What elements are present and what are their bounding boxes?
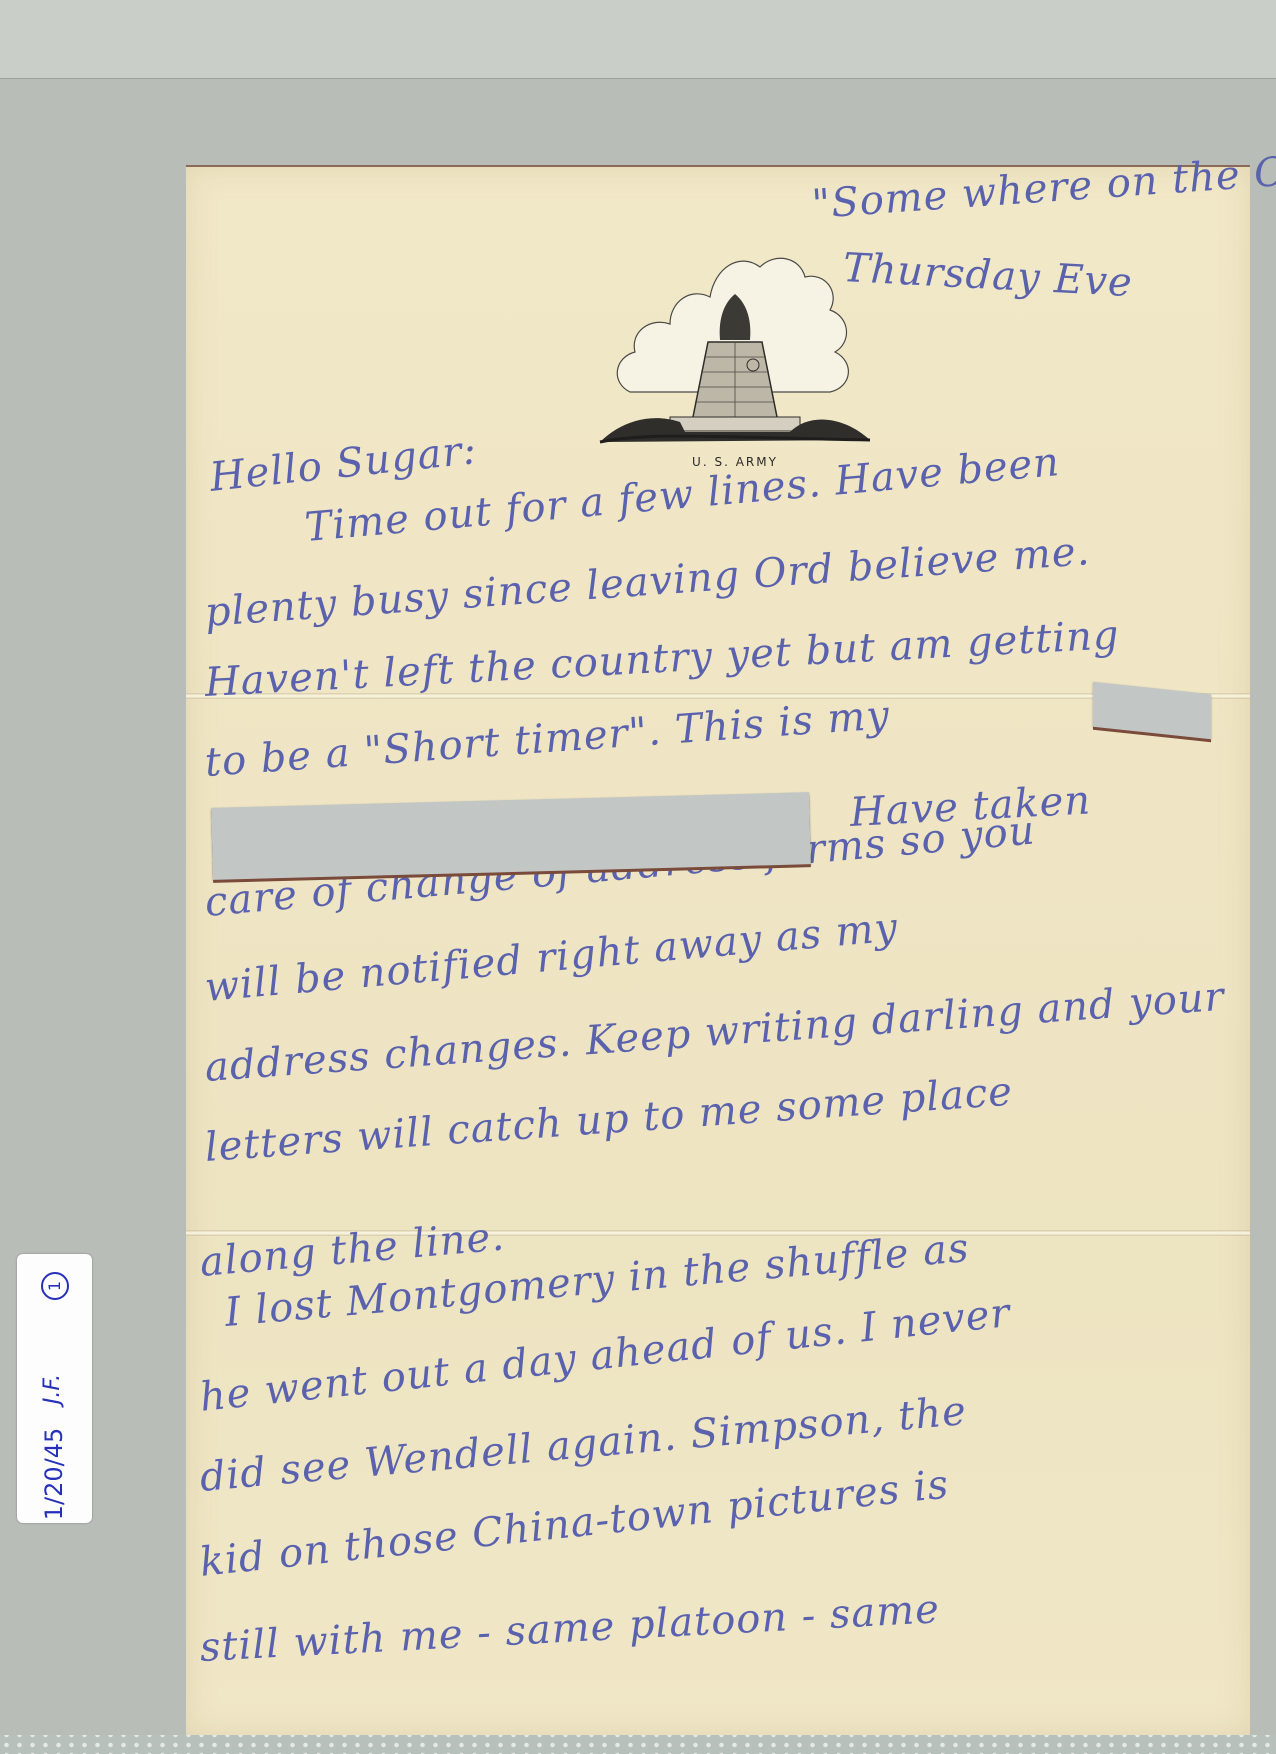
letterhead-emblem: U. S. ARMY bbox=[590, 232, 880, 472]
scanner-top-band bbox=[0, 0, 1276, 79]
sleeve-perforation-strip bbox=[0, 1735, 1276, 1754]
eagle-monument-icon bbox=[590, 232, 880, 447]
archive-initials: J.F. bbox=[40, 1359, 70, 1419]
page-number-circle: 1 bbox=[41, 1264, 69, 1308]
archive-date: 1/20/45 bbox=[40, 1424, 70, 1524]
archive-label: 1 J.F. 1/20/45 bbox=[17, 1254, 92, 1523]
page-number: 1 bbox=[41, 1272, 69, 1300]
